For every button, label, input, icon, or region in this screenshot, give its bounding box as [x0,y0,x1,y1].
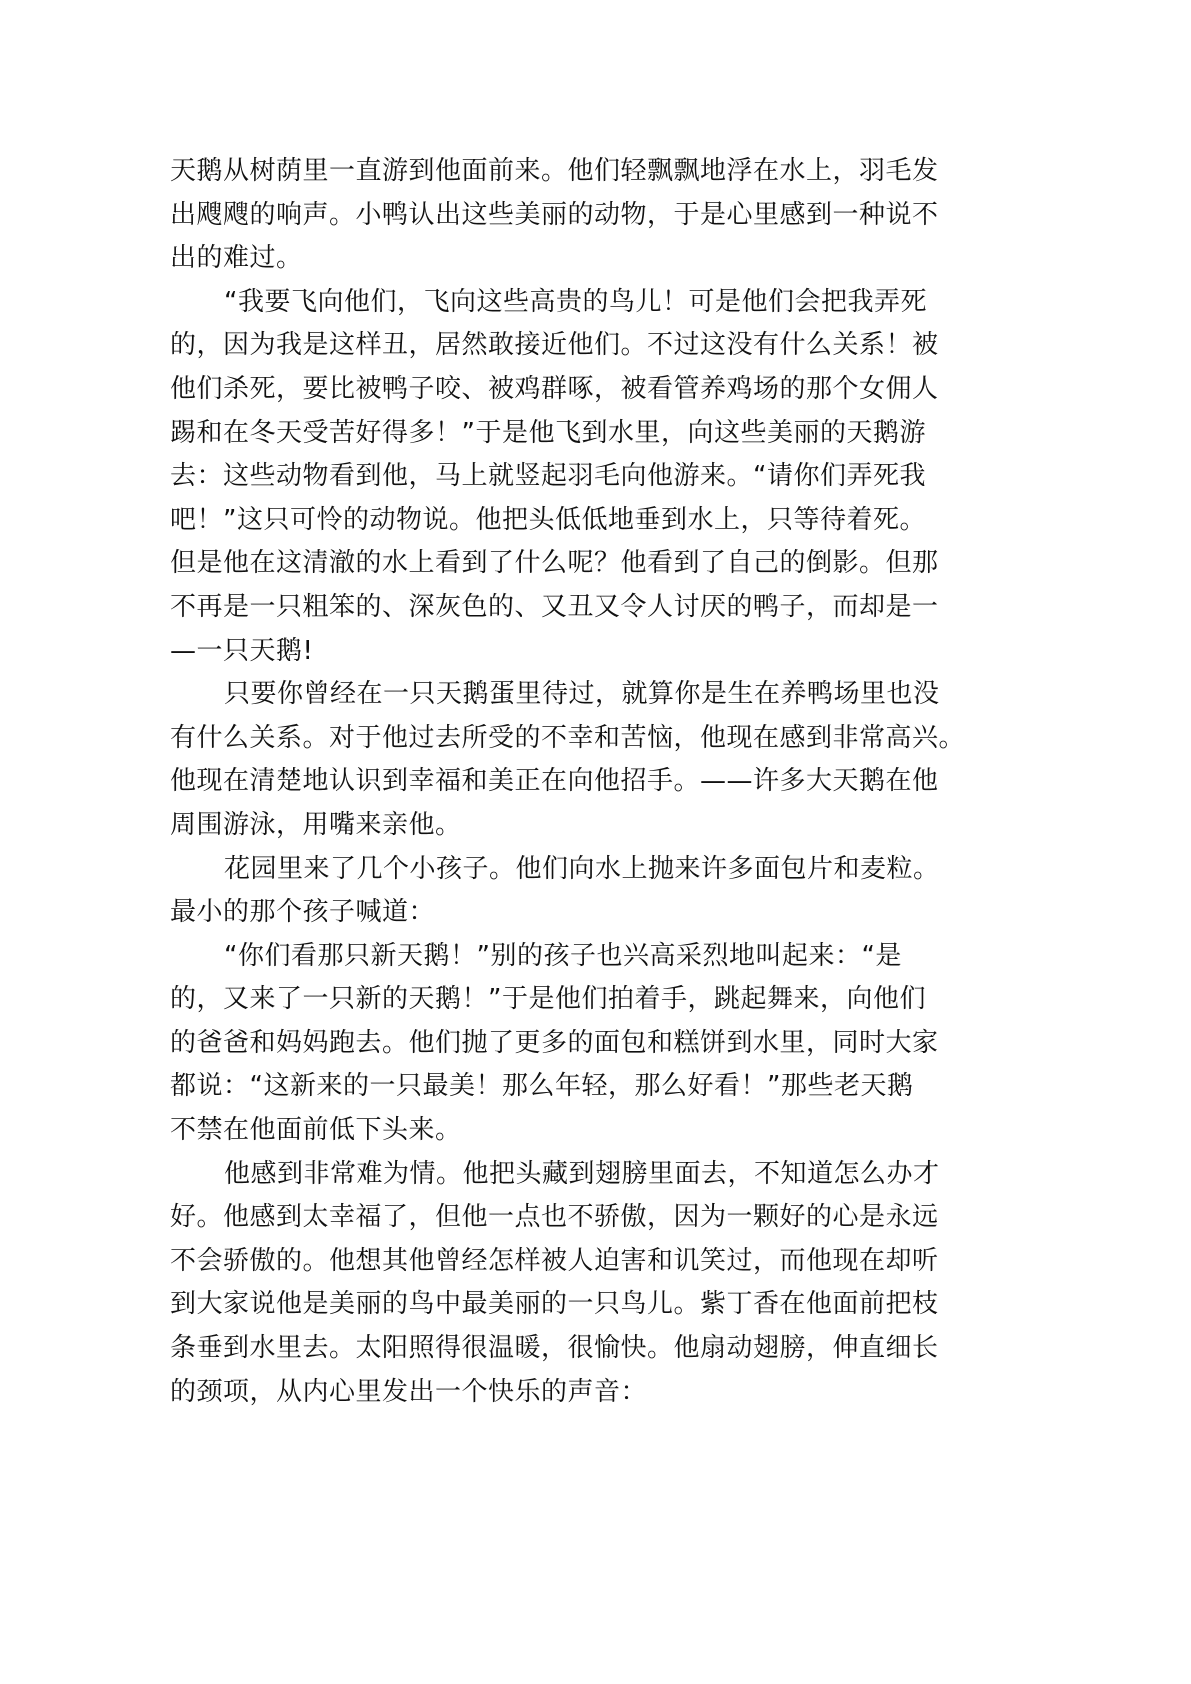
text-line: 条垂到水里去。太阳照得很温暖，很愉快。他扇动翅膀，伸直细长 [170,1327,960,1371]
text-line: 花园里来了几个小孩子。他们向水上抛来许多面包片和麦粒。 [170,848,960,892]
text-line: —一只天鹅! [170,630,960,674]
text-line: 好。他感到太幸福了，但他一点也不骄傲，因为一颗好的心是永远 [170,1196,960,1240]
text-line: 他们杀死，要比被鸭子咬、被鸡群啄，被看管养鸡场的那个女佣人 [170,368,960,412]
text-line: 去：这些动物看到他，马上就竖起羽毛向他游来。“请你们弄死我 [170,455,960,499]
text-line: 不禁在他面前低下头来。 [170,1109,960,1153]
text-line: 最小的那个孩子喊道： [170,891,960,935]
text-line: 踢和在冬天受苦好得多！”于是他飞到水里，向这些美丽的天鹅游 [170,412,960,456]
text-line: 的，因为我是这样丑，居然敢接近他们。不过这没有什么关系！被 [170,324,960,368]
text-line: 天鹅从树荫里一直游到他面前来。他们轻飘飘地浮在水上，羽毛发 [170,150,960,194]
text-line: 吧！”这只可怜的动物说。他把头低低地垂到水上，只等待着死。 [170,499,960,543]
text-line: 他感到非常难为情。他把头藏到翅膀里面去，不知道怎么办才 [170,1153,960,1197]
text-line: 周围游泳，用嘴来亲他。 [170,804,960,848]
text-line: 的，又来了一只新的天鹅！”于是他们拍着手，跳起舞来，向他们 [170,978,960,1022]
text-line: 的颈项，从内心里发出一个快乐的声音： [170,1371,960,1415]
text-line: 但是他在这清澈的水上看到了什么呢？他看到了自己的倒影。但那 [170,542,960,586]
text-line: “你们看那只新天鹅！”别的孩子也兴高采烈地叫起来：“是 [170,935,960,979]
text-line: 只要你曾经在一只天鹅蛋里待过，就算你是生在养鸭场里也没 [170,673,960,717]
text-line: 到大家说他是美丽的鸟中最美丽的一只鸟儿。紫丁香在他面前把枝 [170,1283,960,1327]
text-line: “我要飞向他们，飞向这些高贵的鸟儿！可是他们会把我弄死 [170,281,960,325]
text-line: 出的难过。 [170,237,960,281]
text-line: 出飕飕的响声。小鸭认出这些美丽的动物，于是心里感到一种说不 [170,194,960,238]
text-line: 的爸爸和妈妈跑去。他们抛了更多的面包和糕饼到水里，同时大家 [170,1022,960,1066]
text-line: 他现在清楚地认识到幸福和美正在向他招手。——许多大天鹅在他 [170,760,960,804]
document-page: 天鹅从树荫里一直游到他面前来。他们轻飘飘地浮在水上，羽毛发出飕飕的响声。小鸭认出… [170,150,960,1414]
text-line: 有什么关系。对于他过去所受的不幸和苦恼，他现在感到非常高兴。 [170,717,960,761]
text-line: 不会骄傲的。他想其他曾经怎样被人迫害和讥笑过，而他现在却听 [170,1240,960,1284]
text-line: 不再是一只粗笨的、深灰色的、又丑又令人讨厌的鸭子，而却是一 [170,586,960,630]
text-line: 都说：“这新来的一只最美！那么年轻，那么好看！”那些老天鹅 [170,1065,960,1109]
